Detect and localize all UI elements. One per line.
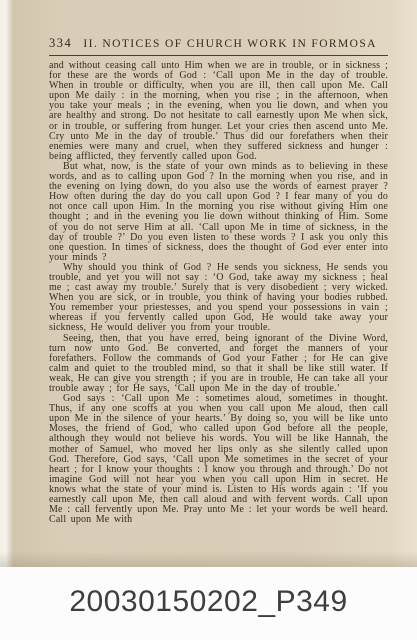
page-number: 334 (49, 36, 72, 51)
paragraph-1: and without ceasing call unto Him when w… (49, 61, 388, 162)
archive-label-strip: 20030150202_P349 (0, 567, 417, 640)
paragraph-5: God says : ‘Call upon Me : sometimes alo… (49, 394, 388, 525)
running-header: 334 II. NOTICES OF CHURCH WORK IN FORMOS… (49, 36, 388, 56)
paragraph-4: Seeing, then, that you have erred, being… (49, 334, 388, 395)
paragraph-2: But what, now, is the state of your own … (49, 162, 388, 263)
body-text: and without ceasing call unto Him when w… (49, 61, 388, 525)
paragraph-3: Why should you think of God ? He sends y… (49, 263, 388, 334)
scanned-book-page: 334 II. NOTICES OF CHURCH WORK IN FORMOS… (0, 0, 417, 640)
chapter-header-title: II. NOTICES OF CHURCH WORK IN FORMOSA (72, 38, 388, 50)
paper-background: 334 II. NOTICES OF CHURCH WORK IN FORMOS… (0, 0, 417, 567)
archive-id-label: 20030150202_P349 (69, 585, 347, 619)
